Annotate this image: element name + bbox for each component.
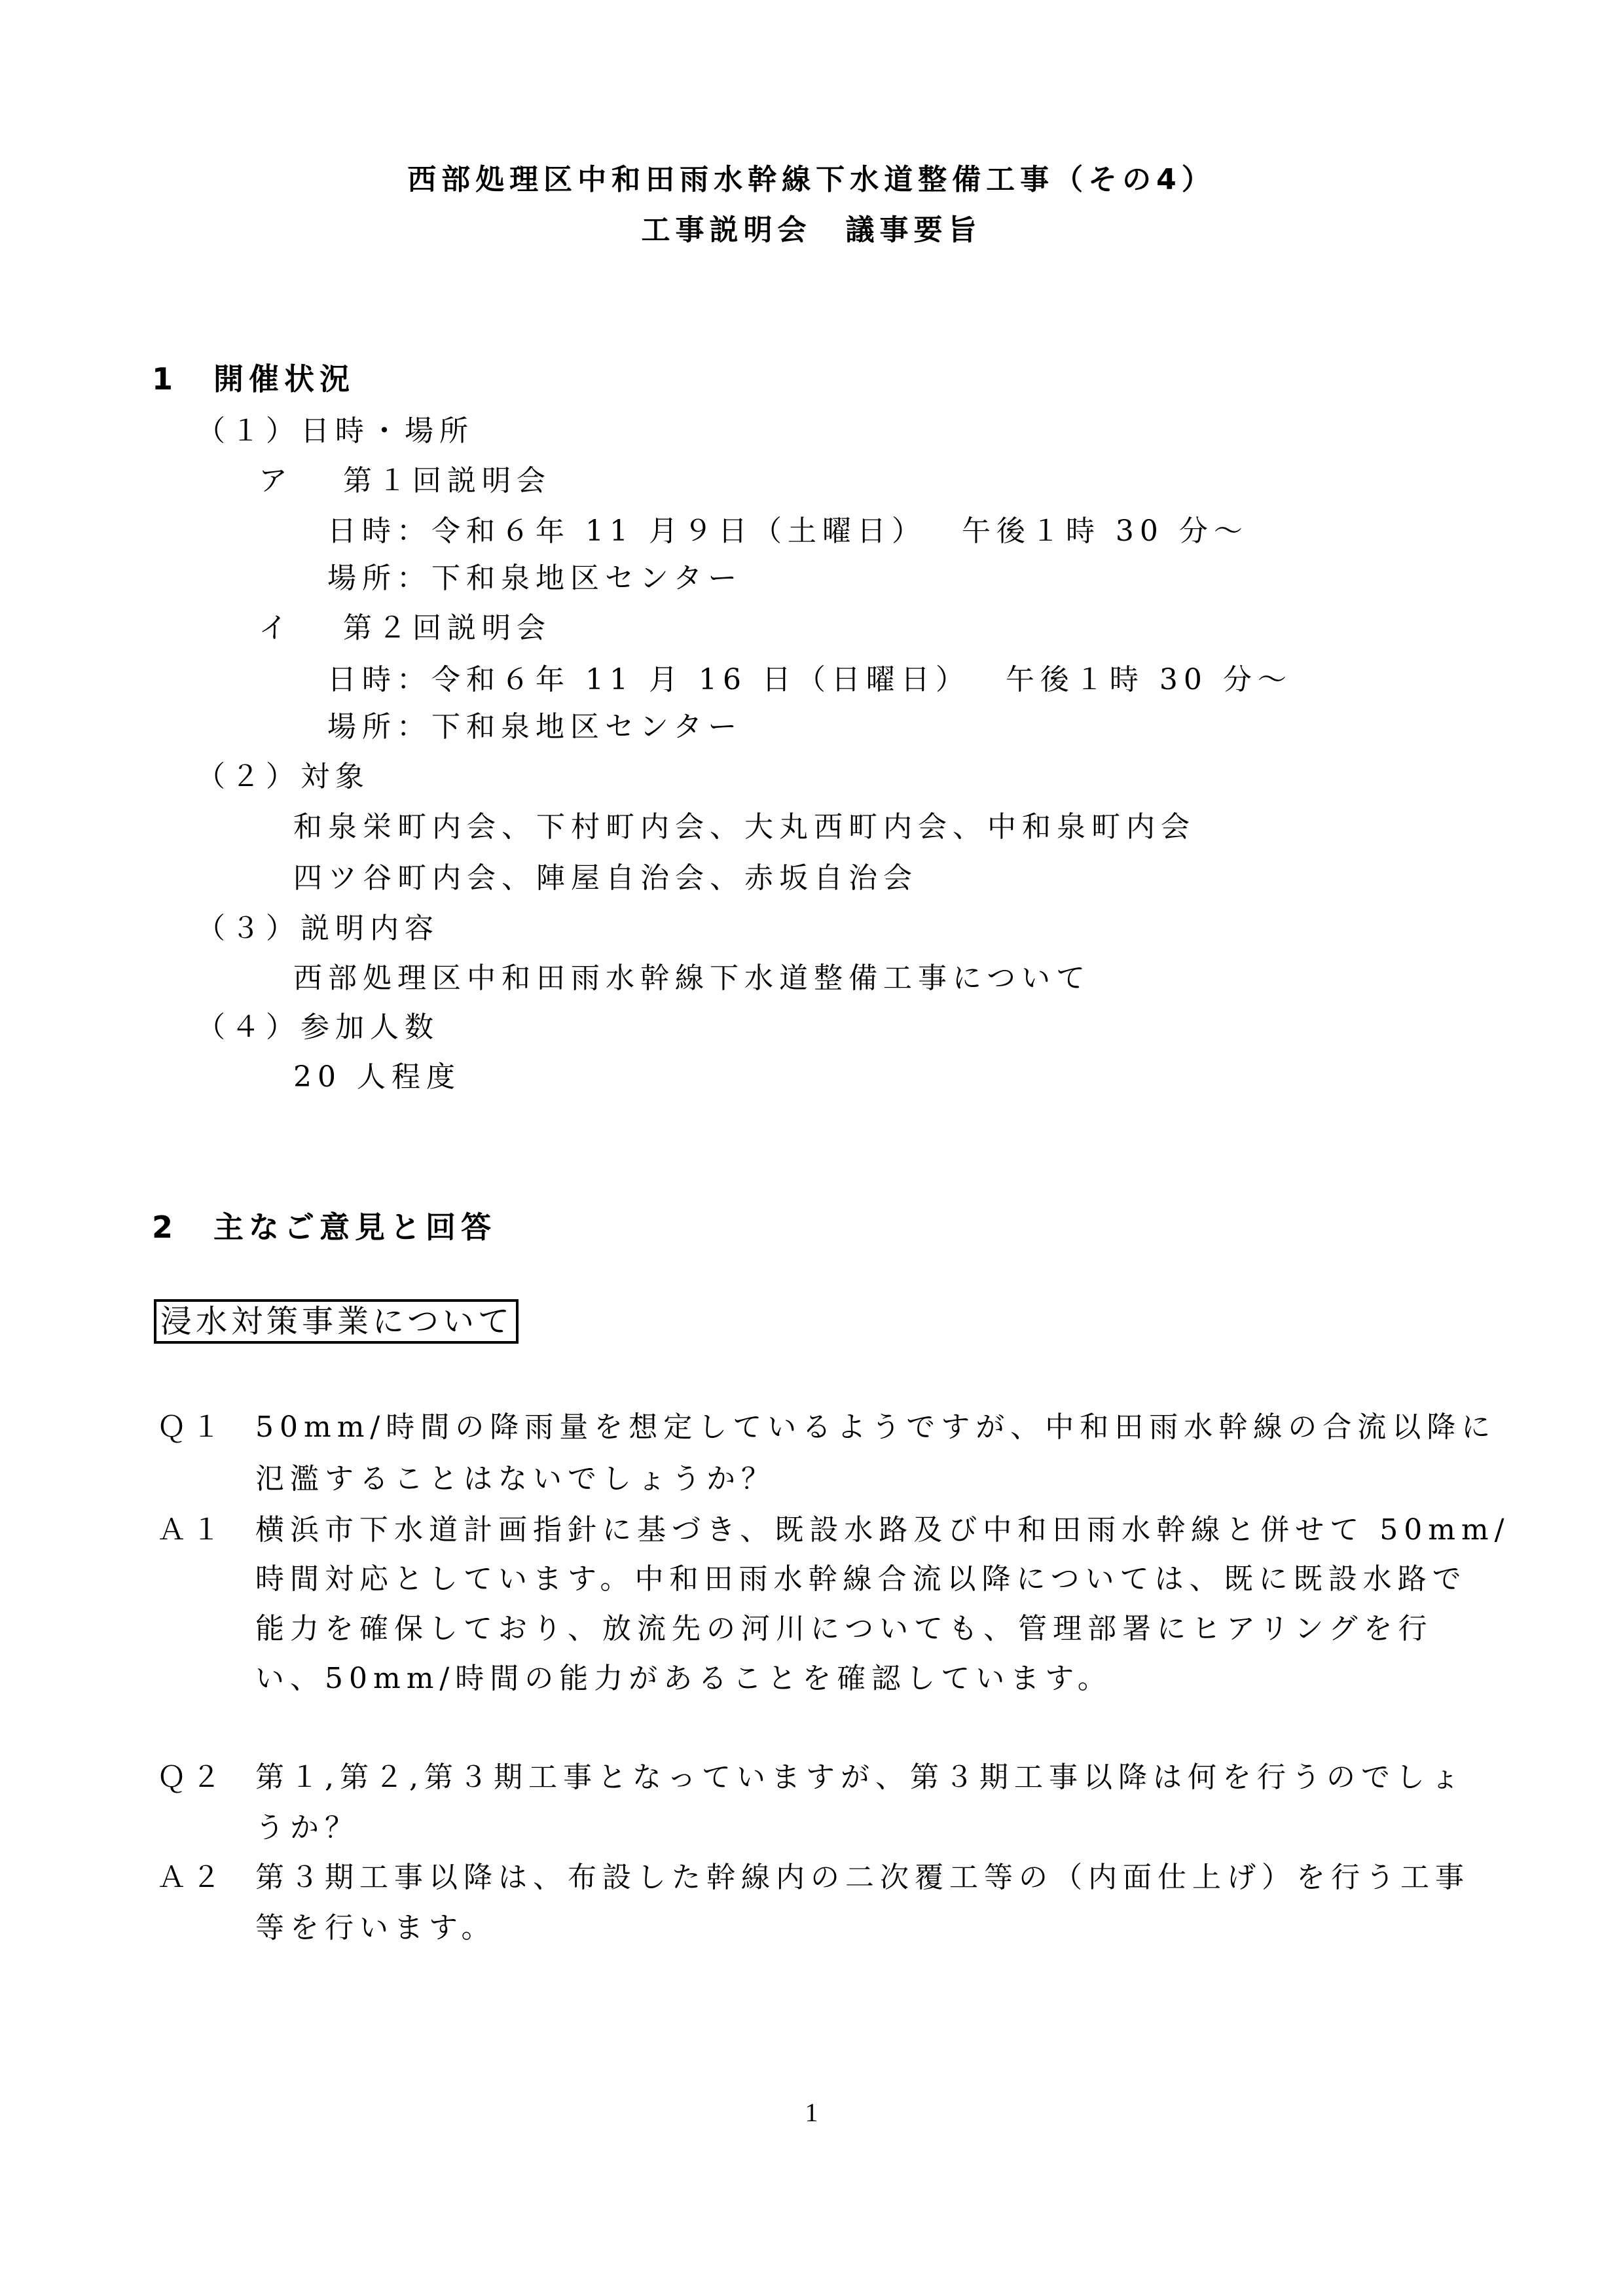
qa-text-line: 時間対応としています。中和田雨水幹線合流以降については、既に既設水路で xyxy=(255,1565,1467,1594)
explanation-content: 西部処理区中和田雨水幹線下水道整備工事について xyxy=(293,964,1091,993)
session-a-datetime: 日時：令和６年 11 月９日（土曜日） 午後１時 30 分～ xyxy=(327,517,1249,546)
qa-text-line: い、50mm/時間の能力があることを確認しています。 xyxy=(255,1664,1112,1693)
document-page: 西部処理区中和田雨水幹線下水道整備工事（その4） 工事説明会 議事要旨 1 開催… xyxy=(0,0,1623,2296)
qa-text-line: うか？ xyxy=(255,1814,359,1842)
session-b-label: イ 第２回説明会 xyxy=(259,614,551,643)
qa-id: Ｑ１ xyxy=(157,1413,227,1442)
session-b-place: 場所：下和泉地区センター xyxy=(327,713,742,742)
qa-text-line: 横浜市下水道計画指針に基づき、既設水路及び中和田雨水幹線と併せて 50mm/ xyxy=(255,1516,1510,1545)
subsection-label-4: （４）参加人数 xyxy=(196,1013,439,1042)
session-a-label: ア 第１回説明会 xyxy=(259,467,551,495)
qa-text-line: 等を行います。 xyxy=(255,1914,496,1943)
session-a-place: 場所：下和泉地区センター xyxy=(327,564,742,593)
qa-text-line: 能力を確保しており、放流先の河川についても、管理部署にヒアリングを行 xyxy=(255,1615,1432,1643)
qa-text-line: 50mm/時間の降雨量を想定しているようですが、中和田雨水幹線の合流以降に xyxy=(255,1413,1496,1442)
subsection-label-1: （１）日時・場所 xyxy=(196,417,474,446)
target-line-2: 四ツ谷町内会、陣屋自治会、赤坂自治会 xyxy=(293,864,918,893)
qa-text-line: 第１,第２,第３期工事となっていますが、第３期工事以降は何を行うのでしょ xyxy=(255,1763,1465,1792)
qa-text-line: 氾濫することはないでしょうか？ xyxy=(255,1465,776,1494)
section-heading-1: 1 開催状況 xyxy=(152,364,355,394)
session-b-datetime: 日時：令和６年 11 月 16 日（日曜日） 午後１時 30 分～ xyxy=(327,666,1292,694)
qa-id: Ａ１ xyxy=(157,1516,227,1545)
attendance-count: 20 人程度 xyxy=(293,1063,461,1092)
qa-id: Ｑ２ xyxy=(157,1763,227,1792)
target-line-1: 和泉栄町内会、下村町内会、大丸西町内会、中和泉町内会 xyxy=(293,813,1195,842)
subsection-label-3: （３）説明内容 xyxy=(196,914,439,943)
topic-box: 浸水対策事業について xyxy=(154,1299,519,1344)
qa-id: Ａ２ xyxy=(157,1863,227,1892)
page-number: 1 xyxy=(0,2100,1623,2126)
document-title: 西部処理区中和田雨水幹線下水道整備工事（その4） xyxy=(0,166,1623,194)
subsection-label-2: （２）対象 xyxy=(196,762,370,791)
section-heading-2: 2 主なご意見と回答 xyxy=(152,1212,496,1242)
qa-text-line: 第３期工事以降は、布設した幹線内の二次覆工等の（内面仕上げ）を行う工事 xyxy=(255,1863,1470,1892)
document-subtitle: 工事説明会 議事要旨 xyxy=(0,216,1623,245)
